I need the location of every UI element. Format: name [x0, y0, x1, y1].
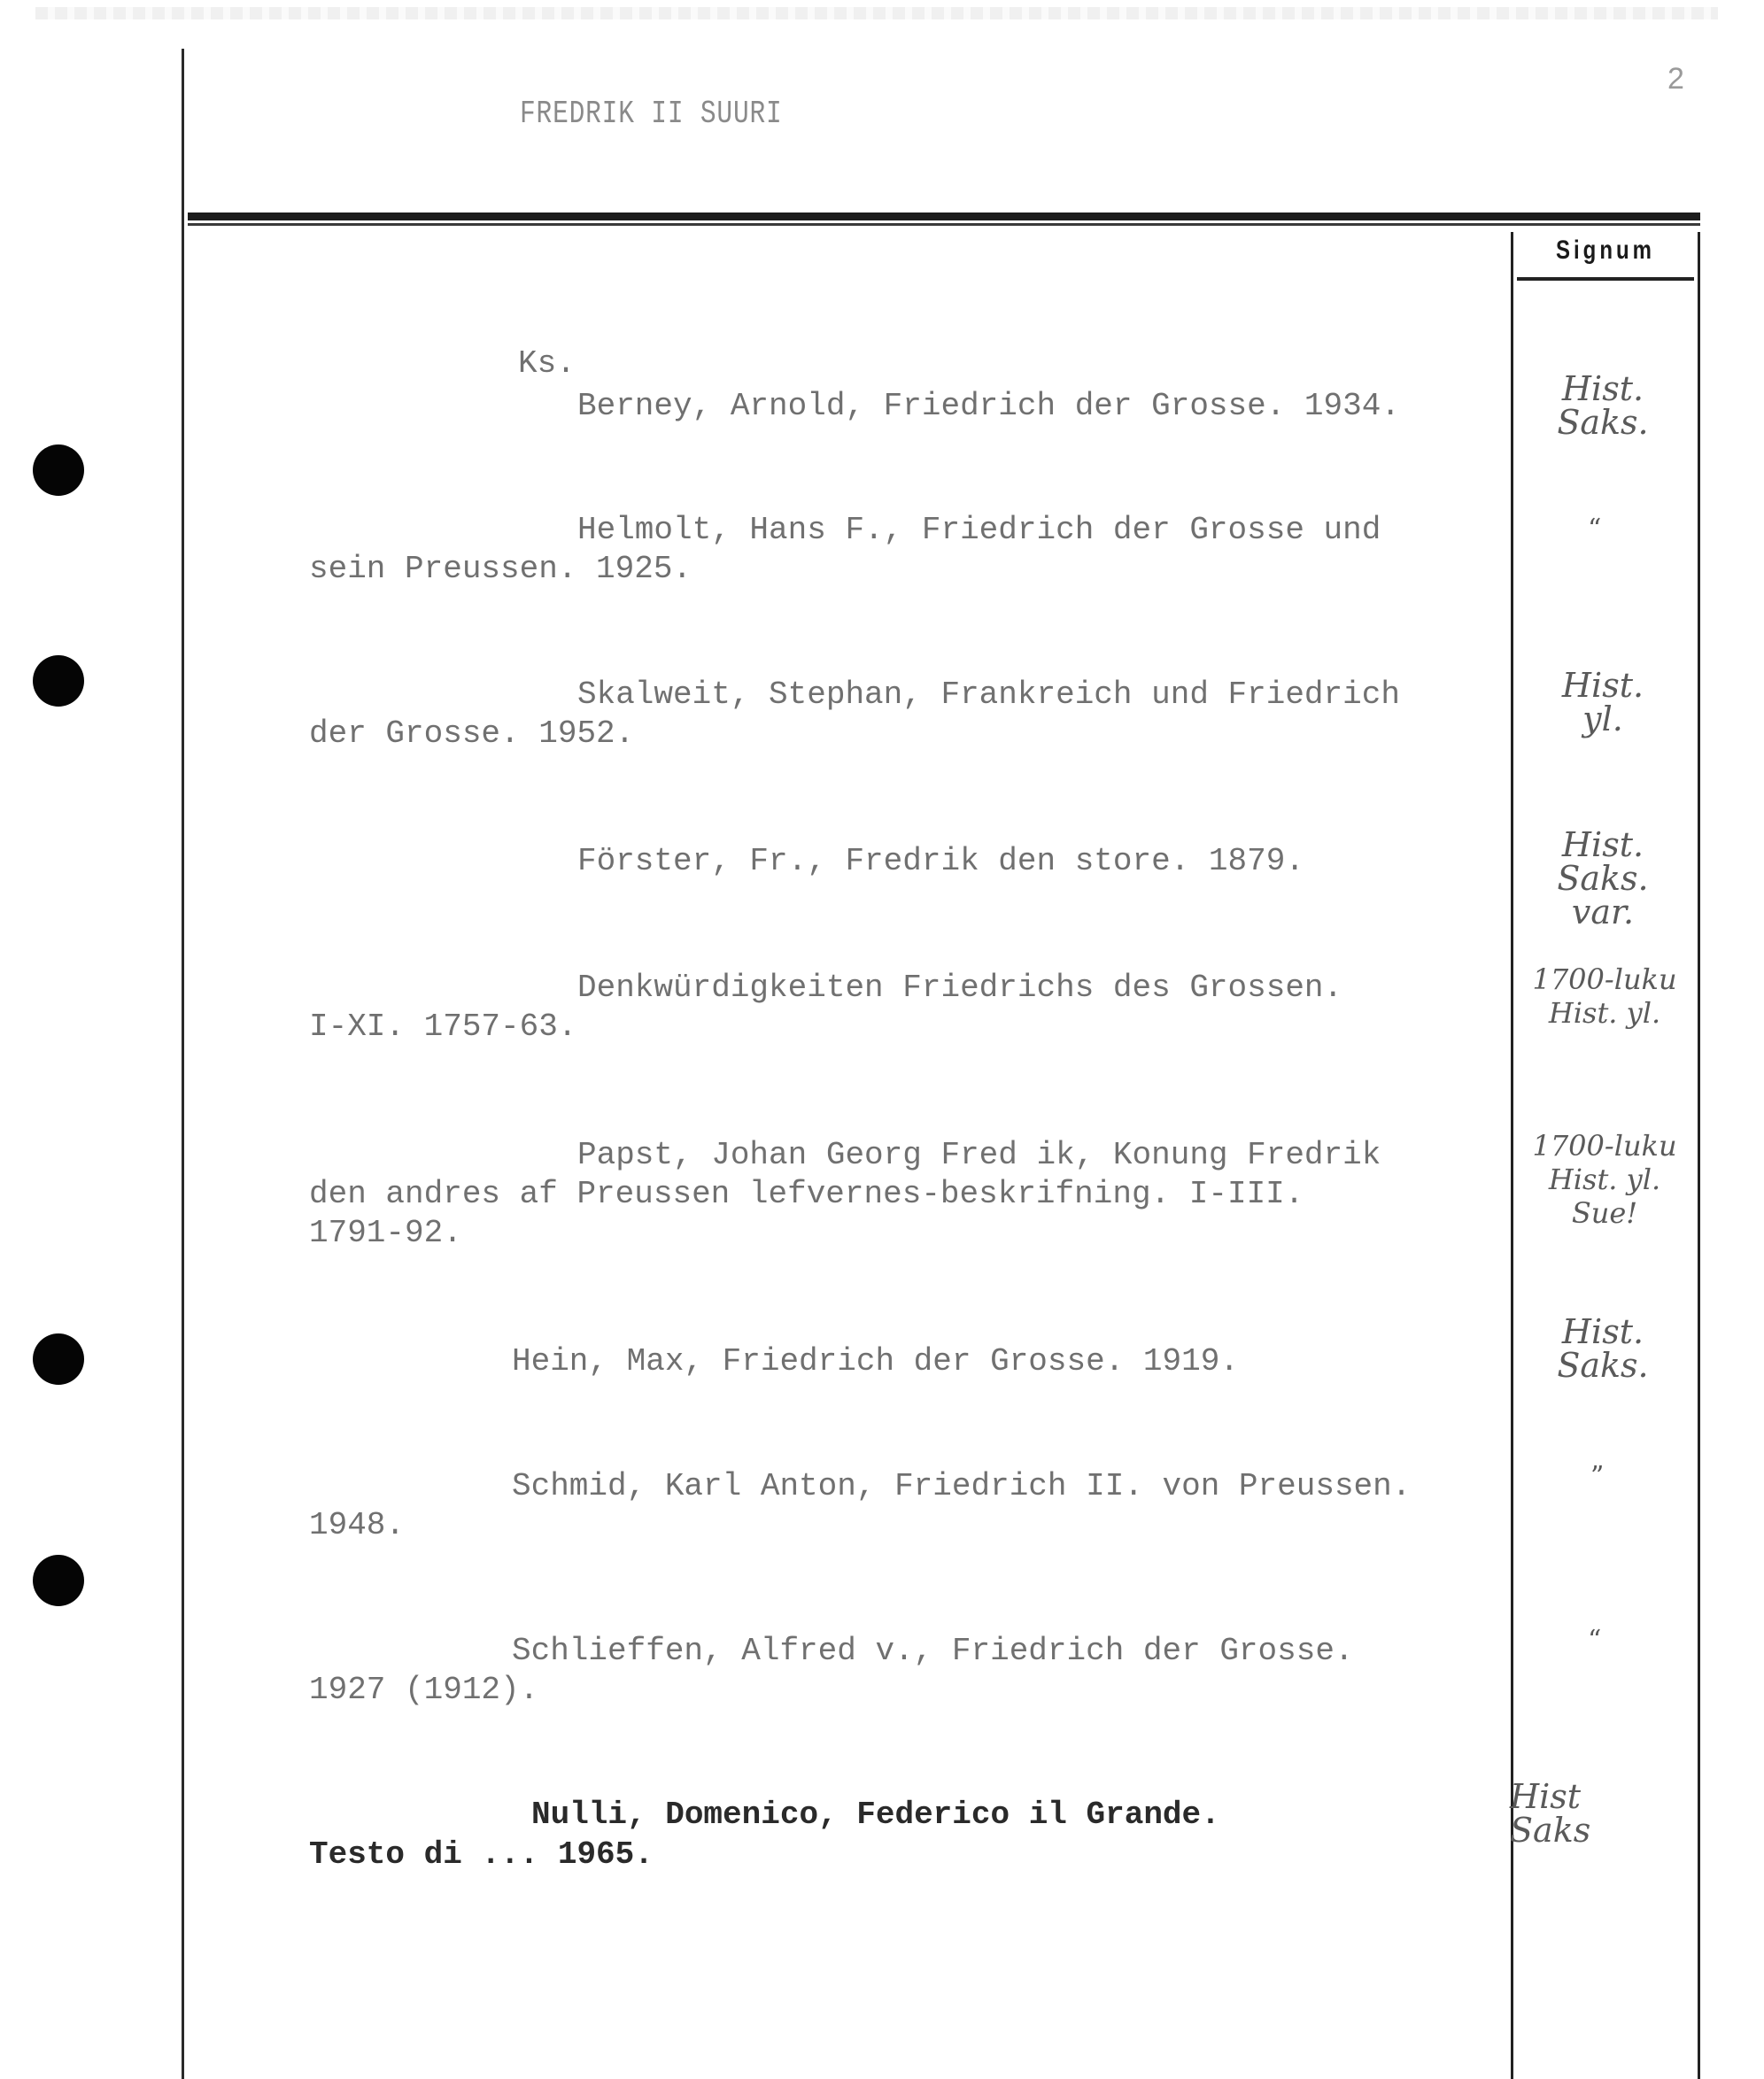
entry-8-line-1: Schmid, Karl Anton, Friedrich II. von Pr… — [512, 1466, 1411, 1506]
punch-hole — [33, 655, 84, 707]
entry-3-line-2: der Grosse. 1952. — [309, 714, 634, 754]
header-rule-thin — [188, 223, 1700, 226]
header-rule — [188, 213, 1700, 220]
entry-2-line-2: sein Preussen. 1925. — [309, 549, 692, 589]
entry-1-line-1: Berney, Arnold, Friedrich der Grosse. 19… — [577, 386, 1400, 426]
signum-6: 1700-luku Hist. yl. Sue! — [1516, 1129, 1693, 1230]
left-margin-line — [182, 49, 184, 2079]
signum-header: Signum — [1532, 232, 1679, 266]
signum-rule — [1517, 277, 1694, 281]
section-label: Ks. — [518, 344, 576, 383]
signum-10: Hist Saks — [1510, 1780, 1652, 1847]
punch-hole — [33, 444, 84, 496]
entry-10-line-2: Testo di ... 1965. — [309, 1835, 654, 1874]
punch-hole — [33, 1333, 84, 1385]
signum-5: 1700-luku Hist. yl. — [1516, 962, 1693, 1030]
scan-artifact — [35, 7, 1718, 19]
entry-9-line-1: Schlieffen, Alfred v., Friedrich der Gro… — [512, 1631, 1354, 1671]
entry-6-line-3: 1791-92. — [309, 1213, 462, 1253]
signum-3: Hist. yl. — [1523, 669, 1683, 736]
signum-2-ditto: “ — [1588, 514, 1601, 545]
entry-7-line-1: Hein, Max, Friedrich der Grosse. 1919. — [512, 1341, 1239, 1381]
entry-4-line-1: Förster, Fr., Fredrik den store. 1879. — [577, 841, 1304, 881]
entry-9-line-2: 1927 (1912). — [309, 1670, 538, 1710]
entry-2-line-1: Helmolt, Hans F., Friedrich der Grosse u… — [577, 510, 1381, 550]
entry-8-line-2: 1948. — [309, 1505, 405, 1545]
signum-7: Hist. Saks. — [1523, 1315, 1683, 1382]
entry-10-line-1: Nulli, Domenico, Federico il Grande. — [531, 1795, 1220, 1835]
signum-9-ditto: “ — [1588, 1625, 1601, 1656]
entry-6-line-1: Papst, Johan Georg Fred ik, Konung Fredr… — [577, 1135, 1381, 1175]
entry-5-line-2: I-XI. 1757-63. — [309, 1007, 576, 1047]
page-number: 2 — [1667, 62, 1684, 97]
signum-4: Hist. Saks. var. — [1523, 828, 1683, 929]
signum-1: Hist. Saks. — [1523, 372, 1683, 439]
punch-hole — [33, 1555, 84, 1606]
signum-8-ditto: ” — [1590, 1461, 1604, 1492]
card-title: FREDRIK II SUURI — [520, 96, 783, 132]
entry-6-line-2: den andres af Preussen lefvernes-beskrif… — [309, 1174, 1304, 1214]
entry-5-line-1: Denkwürdigkeiten Friedrichs des Grossen. — [577, 968, 1342, 1008]
entry-3-line-1: Skalweit, Stephan, Frankreich und Friedr… — [577, 675, 1400, 715]
